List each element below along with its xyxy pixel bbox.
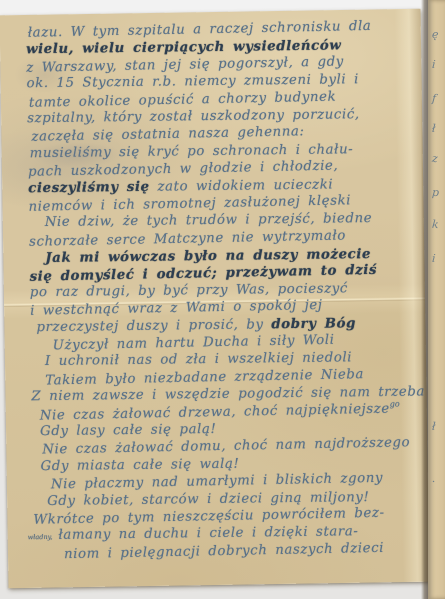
margin-insertion: władny,	[28, 533, 53, 541]
page-gap-shadow	[421, 0, 428, 599]
ink-fragment: p	[432, 186, 440, 199]
ink-fragment: i	[432, 252, 436, 265]
ink-fragment: .	[432, 472, 436, 485]
ink-fragment: z	[432, 152, 439, 165]
ink-fragment: ł	[432, 420, 436, 433]
letter-photo: łazu. W tym szpitalu a raczej schronisku…	[0, 0, 445, 599]
letter-page: łazu. W tym szpitalu a raczej schronisku…	[0, 9, 429, 589]
ink-fragment: f	[432, 92, 437, 105]
ink-fragment: ł	[432, 122, 436, 135]
ink-fragment: k	[432, 218, 440, 231]
handwriting-block: łazu. W tym szpitalu a raczej schronisku…	[26, 17, 426, 562]
superscript-ending: go	[390, 399, 400, 408]
ink-fragment: i	[432, 58, 436, 71]
facing-page-edge: ę i f ł z p k i ł .	[428, 0, 445, 599]
ink-fragment: ę	[432, 28, 439, 41]
